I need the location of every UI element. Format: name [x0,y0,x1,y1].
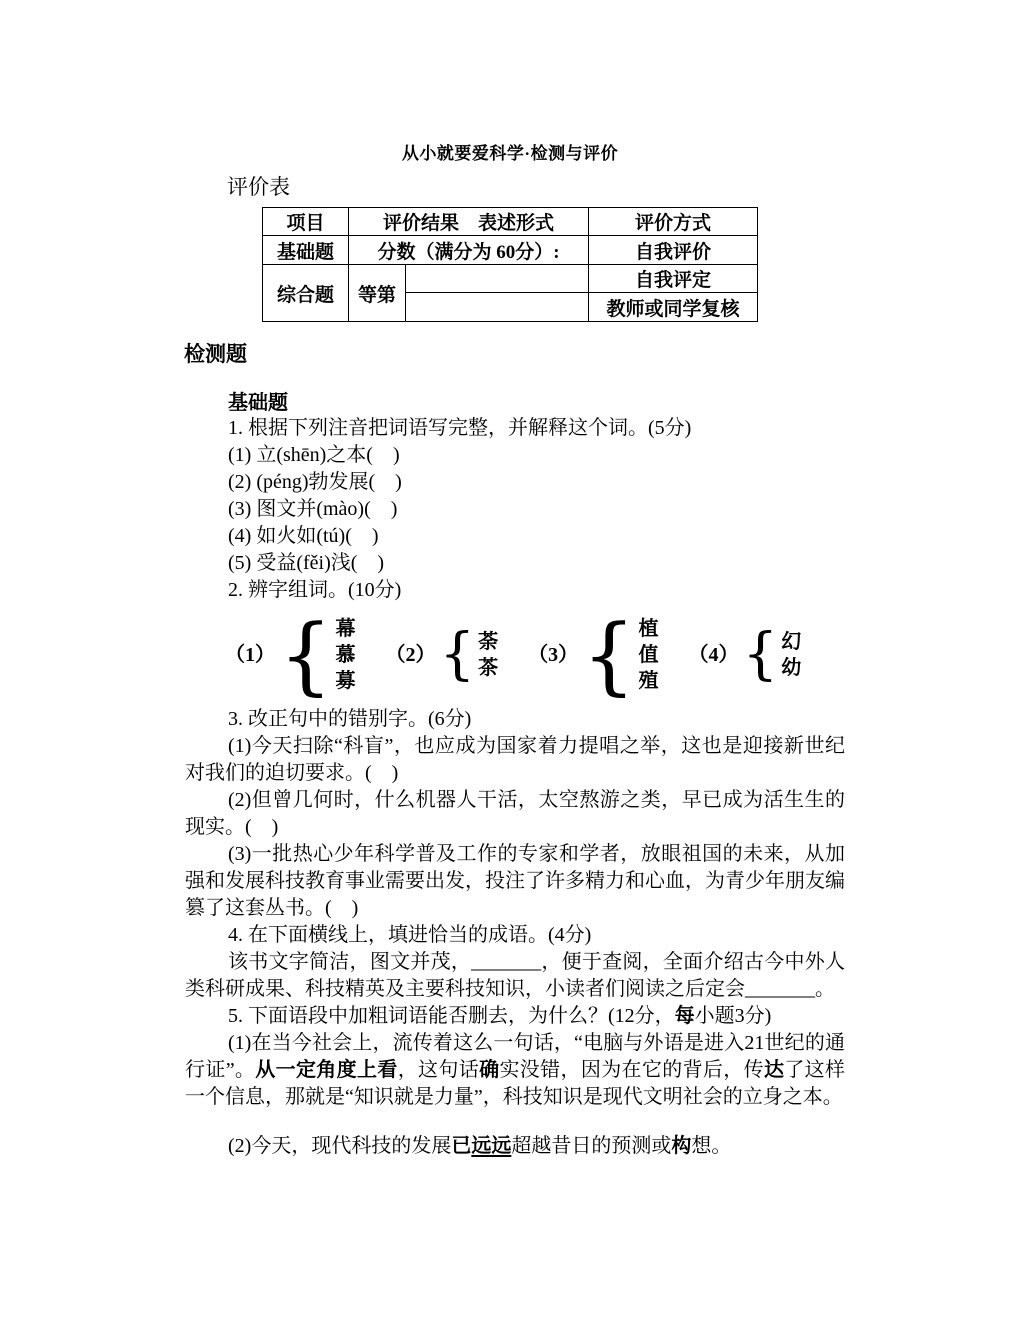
char: 茶 [478,655,498,681]
cell-method-review: 教师或同学复核 [589,293,758,322]
char-column: 幕 慕 募 [335,616,355,694]
detection-section-heading: 检测题 [184,338,247,368]
q2-stem: 2. 辨字组词。(10分) [185,577,845,604]
basic-questions-heading: 基础题 [185,392,845,415]
cell-basic-score: 分数（满分为 60分）: [349,236,589,265]
table-row-comprehensive-a: 综合题 等第 自我评定 [263,265,758,293]
char: 幻 [781,629,801,655]
blank-line [185,1111,845,1133]
group-label: （3） [528,642,578,669]
char: 殖 [639,668,659,694]
char-group-3: （3） { 植 值 殖 [528,616,658,694]
question-content: 基础题 1. 根据下列注音把词语写完整，并解释这个词。(5分) (1) 立(sh… [185,392,845,1160]
q5-paragraph-1: (1)在当今社会上，流传着这么一句话，“电脑与外语是进入21世纪的通行证”。从一… [185,1030,845,1111]
evaluation-heading: 评价表 [227,171,290,201]
text-segment: 已 [451,1135,471,1157]
document-page: 从小就要爱科学·检测与评价 评价表 项目 评价结果 表述形式 评价方式 基础题 … [0,0,1020,1320]
q1-item-3: (3) 图文并(mào)( ) [185,496,845,523]
header-cell-method: 评价方式 [589,208,758,236]
group-label: （4） [689,642,739,669]
q5-paragraph-2: (2)今天，现代科技的发展已远远超越昔日的预测或构想。 [185,1133,845,1160]
q3-stem: 3. 改正句中的错别字。(6分) [185,706,845,733]
group-label: （1） [225,642,275,669]
q3-item-1: (1)今天扫除“科盲”，也应成为国家着力提唱之举，这也是迎接新世纪对我们的迫切要… [185,733,845,787]
cell-basic-item: 基础题 [263,236,349,265]
char: 幕 [335,616,355,642]
char: 募 [335,668,355,694]
header-cell-item: 项目 [263,208,349,236]
char: 荼 [478,629,498,655]
q1-stem: 1. 根据下列注音把词语写完整，并解释这个词。(5分) [185,415,845,442]
cell-basic-method: 自我评价 [589,236,758,265]
text-segment: 每 [675,1005,695,1027]
q5-stem: 5. 下面语段中加粗词语能否删去，为什么？(12分，每小题3分) [185,1003,845,1030]
q3-item-3: (3)一批热心少年科学普及工作的专家和学者，放眼祖国的未来，从加强和发展科技教育… [185,841,845,922]
char-column: 植 值 殖 [639,616,659,694]
text-segment: 远远 [471,1135,511,1157]
page-title: 从小就要爱科学·检测与评价 [0,139,1020,164]
table-row-basic: 基础题 分数（满分为 60分）: 自我评价 [263,236,758,265]
cell-blank-a [406,265,589,293]
char-group-2: （2） { 荼 茶 [385,629,498,681]
table-header-row: 项目 评价结果 表述形式 评价方式 [263,208,758,236]
char: 慕 [335,642,355,668]
q3-item-2: (2)但曾几何时，什么机器人干活，太空熬游之类，早已成为活生生的现实。( ) [185,787,845,841]
char-column: 幻 幼 [781,629,801,681]
group-label: （2） [385,642,435,669]
text-segment: 构 [671,1135,691,1157]
q1-item-2: (2) (péng)勃发展( ) [185,469,845,496]
text-segment: ，这句话 [398,1059,479,1081]
text-segment: 实没错，因为在它的背后，传 [499,1059,764,1081]
q1-item-1: (1) 立(shēn)之本( ) [185,442,845,469]
text-segment: 确 [479,1059,499,1081]
text-segment: 超越昔日的预测或 [511,1135,671,1157]
cell-method-self: 自我评定 [589,265,758,293]
header-cell-result: 评价结果 表述形式 [349,208,589,236]
cell-comprehensive-item: 综合题 [263,265,349,322]
char-group-1: （1） { 幕 慕 募 [225,616,355,694]
text-segment: 达 [764,1059,784,1081]
text-segment: 5. 下面语段中加粗词语能否删去，为什么？(12分， [228,1005,675,1027]
text-segment: (2)今天，现代科技的发展 [228,1135,451,1157]
text-segment: 想。 [691,1135,731,1157]
char: 值 [639,642,659,668]
char: 植 [639,616,659,642]
char: 幼 [781,655,801,681]
evaluation-table: 项目 评价结果 表述形式 评价方式 基础题 分数（满分为 60分）: 自我评价 … [262,207,758,322]
q1-item-5: (5) 受益(fěi)浅( ) [185,550,845,577]
q4-stem: 4. 在下面横线上，填进恰当的成语。(4分) [185,922,845,949]
cell-blank-b [406,293,589,322]
char-column: 荼 茶 [478,629,498,681]
text-segment: 从一定角度上看 [255,1059,397,1081]
text-segment: 小题3分) [695,1005,772,1027]
char-group-4: （4） { 幻 幼 [689,629,802,681]
q1-item-4: (4) 如火如(tú)( ) [185,523,845,550]
q2-character-groups: （1） { 幕 慕 募 （2） { 荼 茶 （3） { [185,604,845,706]
q4-body: 该书文字简洁，图文并茂，_______，便于查阅，全面介绍古今中外人类科研成果、… [185,949,845,1003]
cell-grade: 等第 [349,265,406,322]
